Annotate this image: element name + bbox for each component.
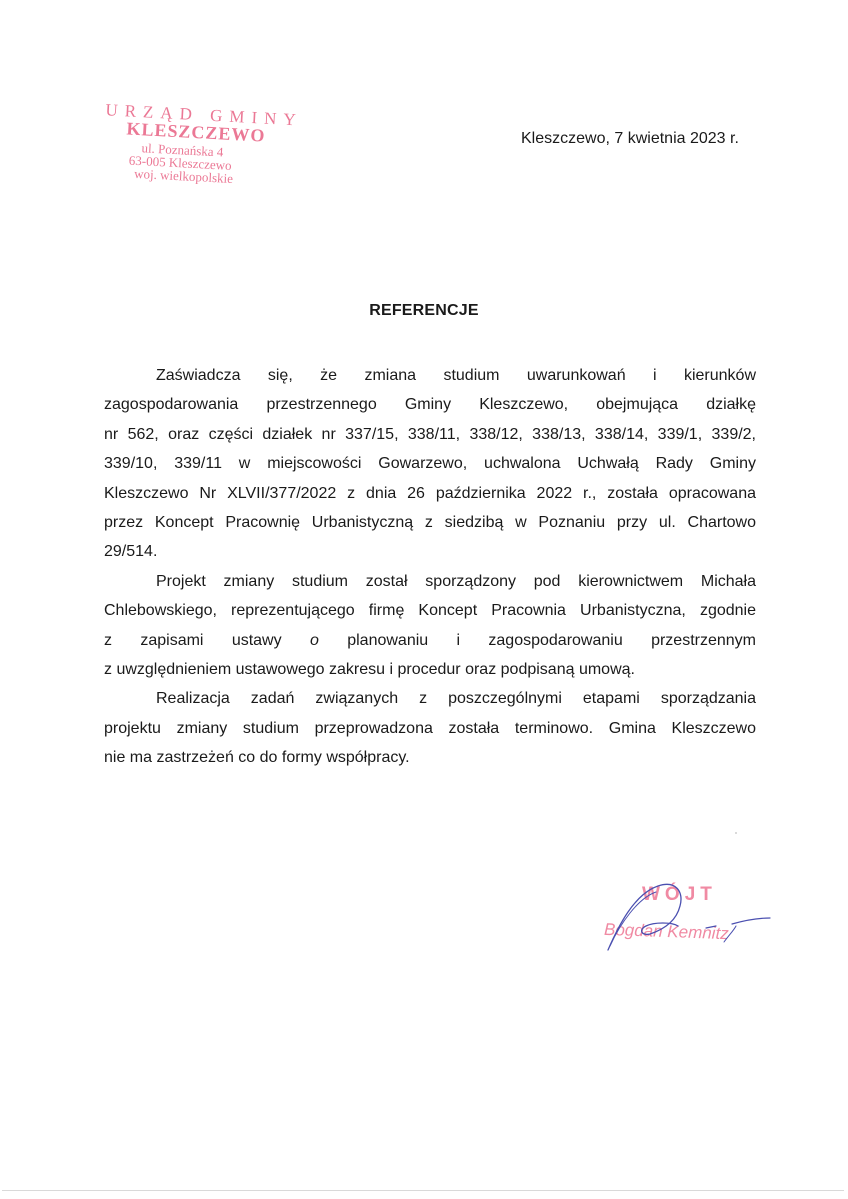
italic-word: o <box>310 632 319 649</box>
scan-speck <box>735 832 737 834</box>
document-page: URZĄD GMINY KLESZCZEWO ul. Poznańska 4 6… <box>0 0 848 1199</box>
text-line: 339/10, 339/11 w miejscowości Gowarzewo,… <box>104 449 756 478</box>
text-line: 29/514. <box>104 537 756 566</box>
paragraph-3: Realizacja zadań związanych z poszczegól… <box>104 684 756 772</box>
text-line: Zaświadcza się, że zmiana studium uwarun… <box>104 361 756 390</box>
text-fragment: planowaniu i zagospodarowaniu przestrzen… <box>347 632 756 649</box>
office-stamp: URZĄD GMINY KLESZCZEWO ul. Poznańska 4 6… <box>95 100 299 200</box>
document-title: REFERENCJE <box>0 302 848 320</box>
text-line: z uwzględnieniem ustawowego zakresu i pr… <box>104 655 756 684</box>
text-line: Projekt zmiany studium został sporządzon… <box>104 567 756 596</box>
scan-edge-line <box>2 1190 844 1191</box>
handwritten-signature-icon <box>596 872 776 962</box>
text-line: przez Koncept Pracownię Urbanistyczną z … <box>104 508 756 537</box>
text-line: Chlebowskiego, reprezentującego firmę Ko… <box>104 596 756 625</box>
text-line: projektu zmiany studium przeprowadzona z… <box>104 714 756 743</box>
paragraph-1: Zaświadcza się, że zmiana studium uwarun… <box>104 361 756 567</box>
text-line: z zapisami ustawy o planowaniu i zagospo… <box>104 626 756 655</box>
place-and-date: Kleszczewo, 7 kwietnia 2023 r. <box>521 130 739 148</box>
paragraph-2: Projekt zmiany studium został sporządzon… <box>104 567 756 685</box>
text-line: nr 562, oraz części działek nr 337/15, 3… <box>104 420 756 449</box>
text-fragment: z zapisami ustawy <box>104 632 282 649</box>
text-line: zagospodarowania przestrzennego Gminy Kl… <box>104 390 756 419</box>
signature-block: WÓJT Bogdan Kemnitz <box>596 872 776 962</box>
text-line: Kleszczewo Nr XLVII/377/2022 z dnia 26 p… <box>104 479 756 508</box>
document-body: Zaświadcza się, że zmiana studium uwarun… <box>104 361 756 773</box>
text-line: Realizacja zadań związanych z poszczegól… <box>104 684 756 713</box>
text-line: nie ma zastrzeżeń co do formy współpracy… <box>104 743 756 772</box>
